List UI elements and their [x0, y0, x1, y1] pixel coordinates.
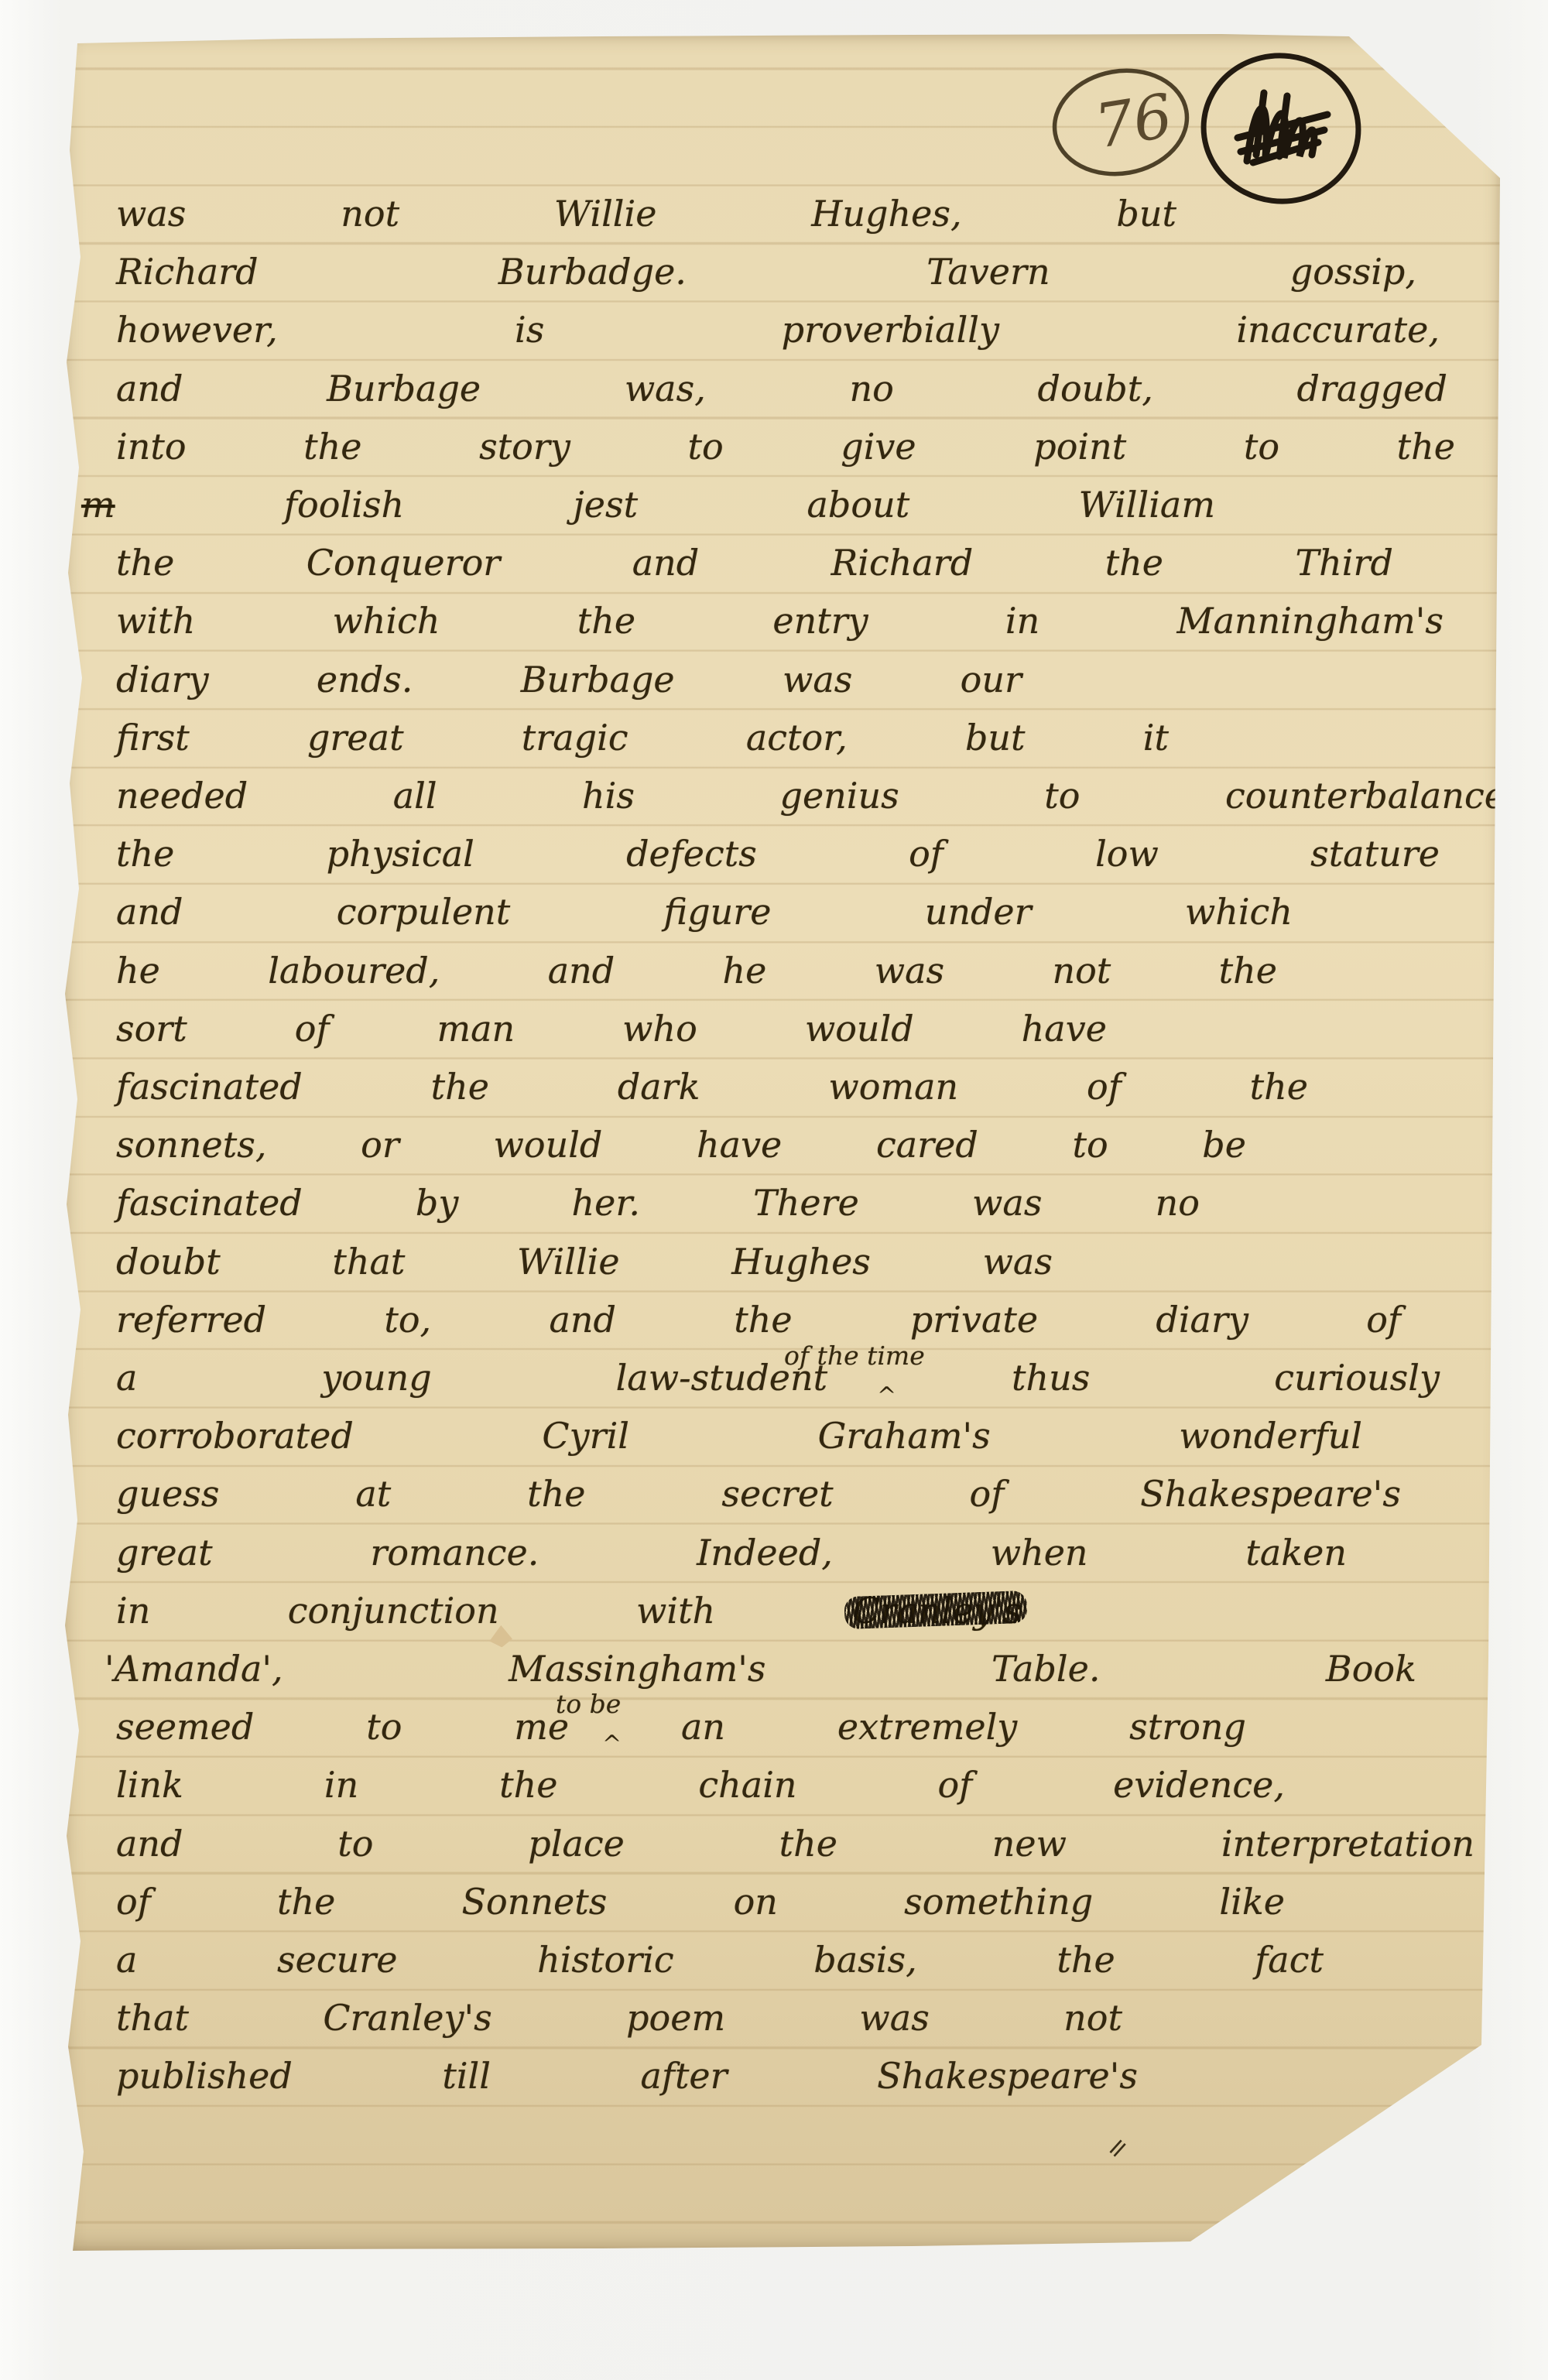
page-number: 76 — [1091, 81, 1177, 162]
manuscript-line: firstgreattragicactor,butit — [116, 714, 1169, 769]
scanned-manuscript-page: 76 wasnotWillieHughes,but RichardBurbadg… — [0, 0, 1548, 2380]
word: romance. — [370, 1529, 539, 1577]
word: was — [116, 190, 186, 238]
manuscript-line: andtoplacethenewinterpretation — [116, 1820, 1474, 1875]
manuscript-line: thephysicaldefectsoflowstature — [116, 830, 1440, 885]
word: the — [577, 597, 635, 645]
word: which — [1185, 888, 1293, 936]
word: at — [355, 1470, 391, 1518]
word: the — [303, 423, 361, 471]
word: Burbage — [521, 656, 675, 704]
manuscript-line: fascinatedthedarkwomanofthe — [116, 1063, 1308, 1118]
word: and — [549, 1296, 616, 1344]
word: the — [1057, 1936, 1115, 1984]
word: Richard — [831, 539, 974, 587]
manuscript-line: theConquerorandRichardtheThird — [116, 539, 1393, 594]
word: chain — [698, 1761, 796, 1809]
word: conjunction — [288, 1587, 499, 1635]
word: not — [341, 190, 399, 238]
word: his — [582, 772, 635, 820]
word: fact — [1255, 1936, 1324, 1984]
manuscript-line: doubtthatWillieHugheswas — [116, 1238, 1053, 1293]
word: ends. — [317, 656, 413, 704]
word: to — [1072, 1121, 1108, 1169]
word: woman — [828, 1063, 958, 1111]
word: sonnets, — [116, 1121, 267, 1169]
interlinear-insertion: to be — [556, 1689, 621, 1719]
interlinear-insertion: of the time — [784, 1341, 925, 1371]
manuscript-line: inconjunctionwithCranley's — [116, 1587, 1022, 1642]
word: that — [116, 1994, 189, 2042]
word: diary — [1156, 1296, 1248, 1344]
word: Sonnets — [462, 1878, 608, 1926]
word: when — [991, 1529, 1088, 1577]
word: the — [527, 1470, 585, 1518]
margin-pen-mark: = — [1099, 2131, 1135, 2166]
word: 'Amanda', — [104, 1645, 283, 1693]
manuscript-line: corroboratedCyrilGraham'swonderful — [116, 1412, 1362, 1467]
word: is — [515, 306, 544, 354]
manuscript-paper-sheet: 76 wasnotWillieHughes,but RichardBurbadg… — [60, 34, 1502, 2252]
word: new — [992, 1820, 1067, 1868]
word: There — [753, 1179, 859, 1227]
manuscript-line: sortofmanwhowouldhave — [116, 1005, 1107, 1060]
manuscript-line: andBurbagewas,nodoubt,dragged — [116, 365, 1447, 420]
word: Shakespeare's — [877, 2052, 1138, 2100]
word: thus — [1012, 1354, 1090, 1402]
word: not — [1063, 1994, 1122, 2042]
word: he — [116, 947, 160, 995]
manuscript-line: publishedtillafterShakespeare's — [116, 2052, 1138, 2108]
word: a — [116, 1354, 137, 1402]
word: in — [116, 1587, 150, 1635]
word: wonderful — [1179, 1412, 1362, 1460]
word: point — [1033, 423, 1126, 471]
word: link — [116, 1761, 183, 1809]
word: needed — [116, 772, 248, 820]
word: defects — [626, 830, 757, 878]
word: our — [961, 656, 1022, 704]
word: Burbadge. — [498, 248, 687, 296]
manuscript-line: andcorpulentfigureunderwhich — [116, 888, 1293, 943]
manuscript-line: referredto,andtheprivatediaryof — [116, 1296, 1401, 1351]
word: physical — [327, 830, 474, 878]
word: all — [393, 772, 437, 820]
manuscript-line: intothestorytogivepointtothe — [116, 423, 1455, 478]
word: no — [850, 365, 894, 413]
word: tragic — [522, 714, 628, 762]
word: William — [1079, 481, 1215, 529]
word: of — [295, 1005, 330, 1053]
word: into — [116, 423, 187, 471]
word: guess — [116, 1470, 220, 1518]
word: to — [1044, 772, 1080, 820]
word: historic — [537, 1936, 674, 1984]
word: or — [361, 1121, 399, 1169]
manuscript-line: seemedtomeanextremelystrong — [116, 1703, 1246, 1758]
word: Conqueror — [307, 539, 500, 587]
word: sort — [116, 1005, 187, 1053]
word: extremely — [837, 1703, 1017, 1751]
word: Richard — [116, 248, 259, 296]
manuscript-line: neededallhisgeniustocounterbalance — [116, 772, 1505, 827]
word: interpretation — [1221, 1820, 1474, 1868]
word: poem — [626, 1994, 725, 2042]
word: an — [681, 1703, 725, 1751]
word: figure — [664, 888, 772, 936]
word: to — [366, 1703, 402, 1751]
word: Graham's — [818, 1412, 991, 1460]
word: Manningham's — [1176, 597, 1443, 645]
word: under — [925, 888, 1032, 936]
word: and — [632, 539, 700, 587]
manuscript-line: diaryends.Burbagewasour — [116, 656, 1022, 711]
struck-out-letter: m — [81, 481, 115, 529]
word: diary — [116, 656, 209, 704]
word: secure — [277, 1936, 397, 1984]
word: was — [783, 656, 852, 704]
word: Cranley's — [323, 1994, 491, 2042]
word: and — [116, 365, 183, 413]
word: Hughes, — [811, 190, 961, 238]
word: of — [909, 830, 944, 878]
word: great — [307, 714, 404, 762]
word: in — [324, 1761, 358, 1809]
word: curiously — [1274, 1354, 1440, 1402]
word: the — [1397, 423, 1455, 471]
word: dragged — [1297, 365, 1447, 413]
word: it — [1143, 714, 1169, 762]
word: great — [116, 1529, 213, 1577]
word: young — [321, 1354, 431, 1402]
word: something — [904, 1878, 1093, 1926]
word: the — [431, 1063, 489, 1111]
word: the — [116, 830, 174, 878]
word: Table. — [991, 1645, 1101, 1693]
manuscript-line: ayounglaw-studentthuscuriously — [116, 1354, 1440, 1409]
word: by — [416, 1179, 458, 1227]
word: was — [983, 1238, 1053, 1286]
word: fascinated — [116, 1179, 303, 1227]
word: seemed — [116, 1703, 254, 1751]
word: jest — [574, 481, 639, 529]
manuscript-line: asecurehistoricbasis,thefact — [116, 1936, 1324, 1991]
word: Burbage — [327, 365, 481, 413]
word: taken — [1245, 1529, 1347, 1577]
word: the — [734, 1296, 792, 1344]
word: Third — [1295, 539, 1392, 587]
word: would — [805, 1005, 914, 1053]
word: Willie — [517, 1238, 620, 1286]
word: no — [1156, 1179, 1200, 1227]
word: doubt — [116, 1238, 221, 1286]
manuscript-line: withwhichtheentryinManningham's — [116, 597, 1444, 652]
word: gossip, — [1290, 248, 1416, 296]
manuscript-line: sonnets,orwouldhavecaredtobe — [116, 1121, 1246, 1176]
word: secret — [721, 1470, 833, 1518]
word: entry — [772, 597, 868, 645]
word: he — [723, 947, 767, 995]
word: that — [332, 1238, 405, 1286]
manuscript-line: oftheSonnetsonsomethinglike — [116, 1878, 1285, 1933]
word: laboured, — [268, 947, 440, 995]
word: and — [116, 888, 183, 936]
word: and — [548, 947, 615, 995]
word: about — [807, 481, 910, 529]
word: of — [1366, 1296, 1401, 1344]
word: Indeed, — [697, 1529, 833, 1577]
word: to — [687, 423, 723, 471]
word: dark — [618, 1063, 700, 1111]
word: and — [116, 1820, 183, 1868]
word: evidence, — [1113, 1761, 1285, 1809]
word: Willie — [554, 190, 657, 238]
word: not — [1052, 947, 1111, 995]
manuscript-line: RichardBurbadge.Taverngossip, — [116, 248, 1416, 303]
manuscript-line: helaboured,andhewasnotthe — [116, 947, 1277, 1002]
word: to — [1244, 423, 1279, 471]
manuscript-line: mfoolishjestaboutWilliam — [81, 481, 1215, 536]
caret-icon: ^ — [602, 1731, 622, 1758]
word: which — [332, 597, 440, 645]
word: of — [970, 1470, 1005, 1518]
word: but — [965, 714, 1026, 762]
word: doubt, — [1038, 365, 1153, 413]
word: cared — [876, 1121, 978, 1169]
word: in — [1005, 597, 1039, 645]
word: actor, — [746, 714, 848, 762]
scribbled-out-number — [1238, 93, 1327, 163]
word: Tavern — [926, 248, 1050, 296]
word: stature — [1310, 830, 1440, 878]
word: man — [437, 1005, 515, 1053]
word: counterbalance — [1225, 772, 1505, 820]
word: proverbially — [782, 306, 999, 354]
word: would — [494, 1121, 603, 1169]
manuscript-line: 'Amanda',Massingham'sTable.Book — [104, 1645, 1416, 1700]
word: corroborated — [116, 1412, 354, 1460]
word: private — [910, 1296, 1038, 1344]
word: of — [937, 1761, 972, 1809]
word: the — [779, 1820, 837, 1868]
word: after — [641, 2052, 728, 2100]
manuscript-line: however,isproverbiallyinaccurate, — [116, 306, 1440, 361]
word: the — [1219, 947, 1277, 995]
word: a — [116, 1936, 137, 1984]
word: was — [972, 1179, 1042, 1227]
caret-icon: ^ — [877, 1382, 896, 1409]
word: inaccurate, — [1236, 306, 1440, 354]
word: story — [479, 423, 570, 471]
word: like — [1219, 1878, 1285, 1926]
word: the — [499, 1761, 557, 1809]
word: the — [1250, 1063, 1308, 1111]
word: the — [1105, 539, 1163, 587]
word: the — [116, 539, 174, 587]
word: basis, — [813, 1936, 916, 1984]
word: corpulent — [337, 888, 511, 936]
word: her. — [572, 1179, 640, 1227]
word: with — [636, 1587, 715, 1635]
manuscript-line: wasnotWillieHughes,but — [116, 190, 1176, 245]
word: who — [622, 1005, 697, 1053]
manuscript-line: linkinthechainofevidence, — [116, 1761, 1285, 1817]
word: place — [528, 1820, 625, 1868]
word: referred — [116, 1296, 266, 1344]
word: was, — [625, 365, 706, 413]
word: first — [116, 714, 190, 762]
word: was — [875, 947, 944, 995]
word: the — [277, 1878, 335, 1926]
word: genius — [780, 772, 899, 820]
manuscript-line: thatCranley'spoemwasnot — [116, 1994, 1122, 2050]
word: of — [116, 1878, 151, 1926]
word: was — [859, 1994, 929, 2042]
word: Shakespeare's — [1140, 1470, 1401, 1518]
manuscript-line: greatromance.Indeed,whentaken — [116, 1529, 1347, 1584]
word: Massingham's — [509, 1645, 765, 1693]
word: have — [697, 1121, 782, 1169]
word: low — [1095, 830, 1159, 878]
word: be — [1202, 1121, 1246, 1169]
scribbled-out-word: Cranley's — [853, 1587, 1022, 1635]
word: however, — [116, 306, 278, 354]
word: on — [734, 1878, 778, 1926]
word: fascinated — [116, 1063, 303, 1111]
word: to — [337, 1820, 373, 1868]
manuscript-line: guessatthesecretofShakespeare's — [116, 1470, 1401, 1526]
word: to, — [384, 1296, 431, 1344]
word: till — [442, 2052, 491, 2100]
word: of — [1087, 1063, 1122, 1111]
word: Hughes — [731, 1238, 871, 1286]
word: Book — [1326, 1645, 1416, 1693]
word: with — [116, 597, 195, 645]
word: published — [116, 2052, 293, 2100]
word: strong — [1129, 1703, 1246, 1751]
word: foolish — [284, 481, 404, 529]
manuscript-line: fascinatedbyher.Therewasno — [116, 1179, 1200, 1235]
word: Cyril — [542, 1412, 629, 1460]
word: but — [1116, 190, 1176, 238]
word: give — [841, 423, 916, 471]
word: have — [1022, 1005, 1107, 1053]
